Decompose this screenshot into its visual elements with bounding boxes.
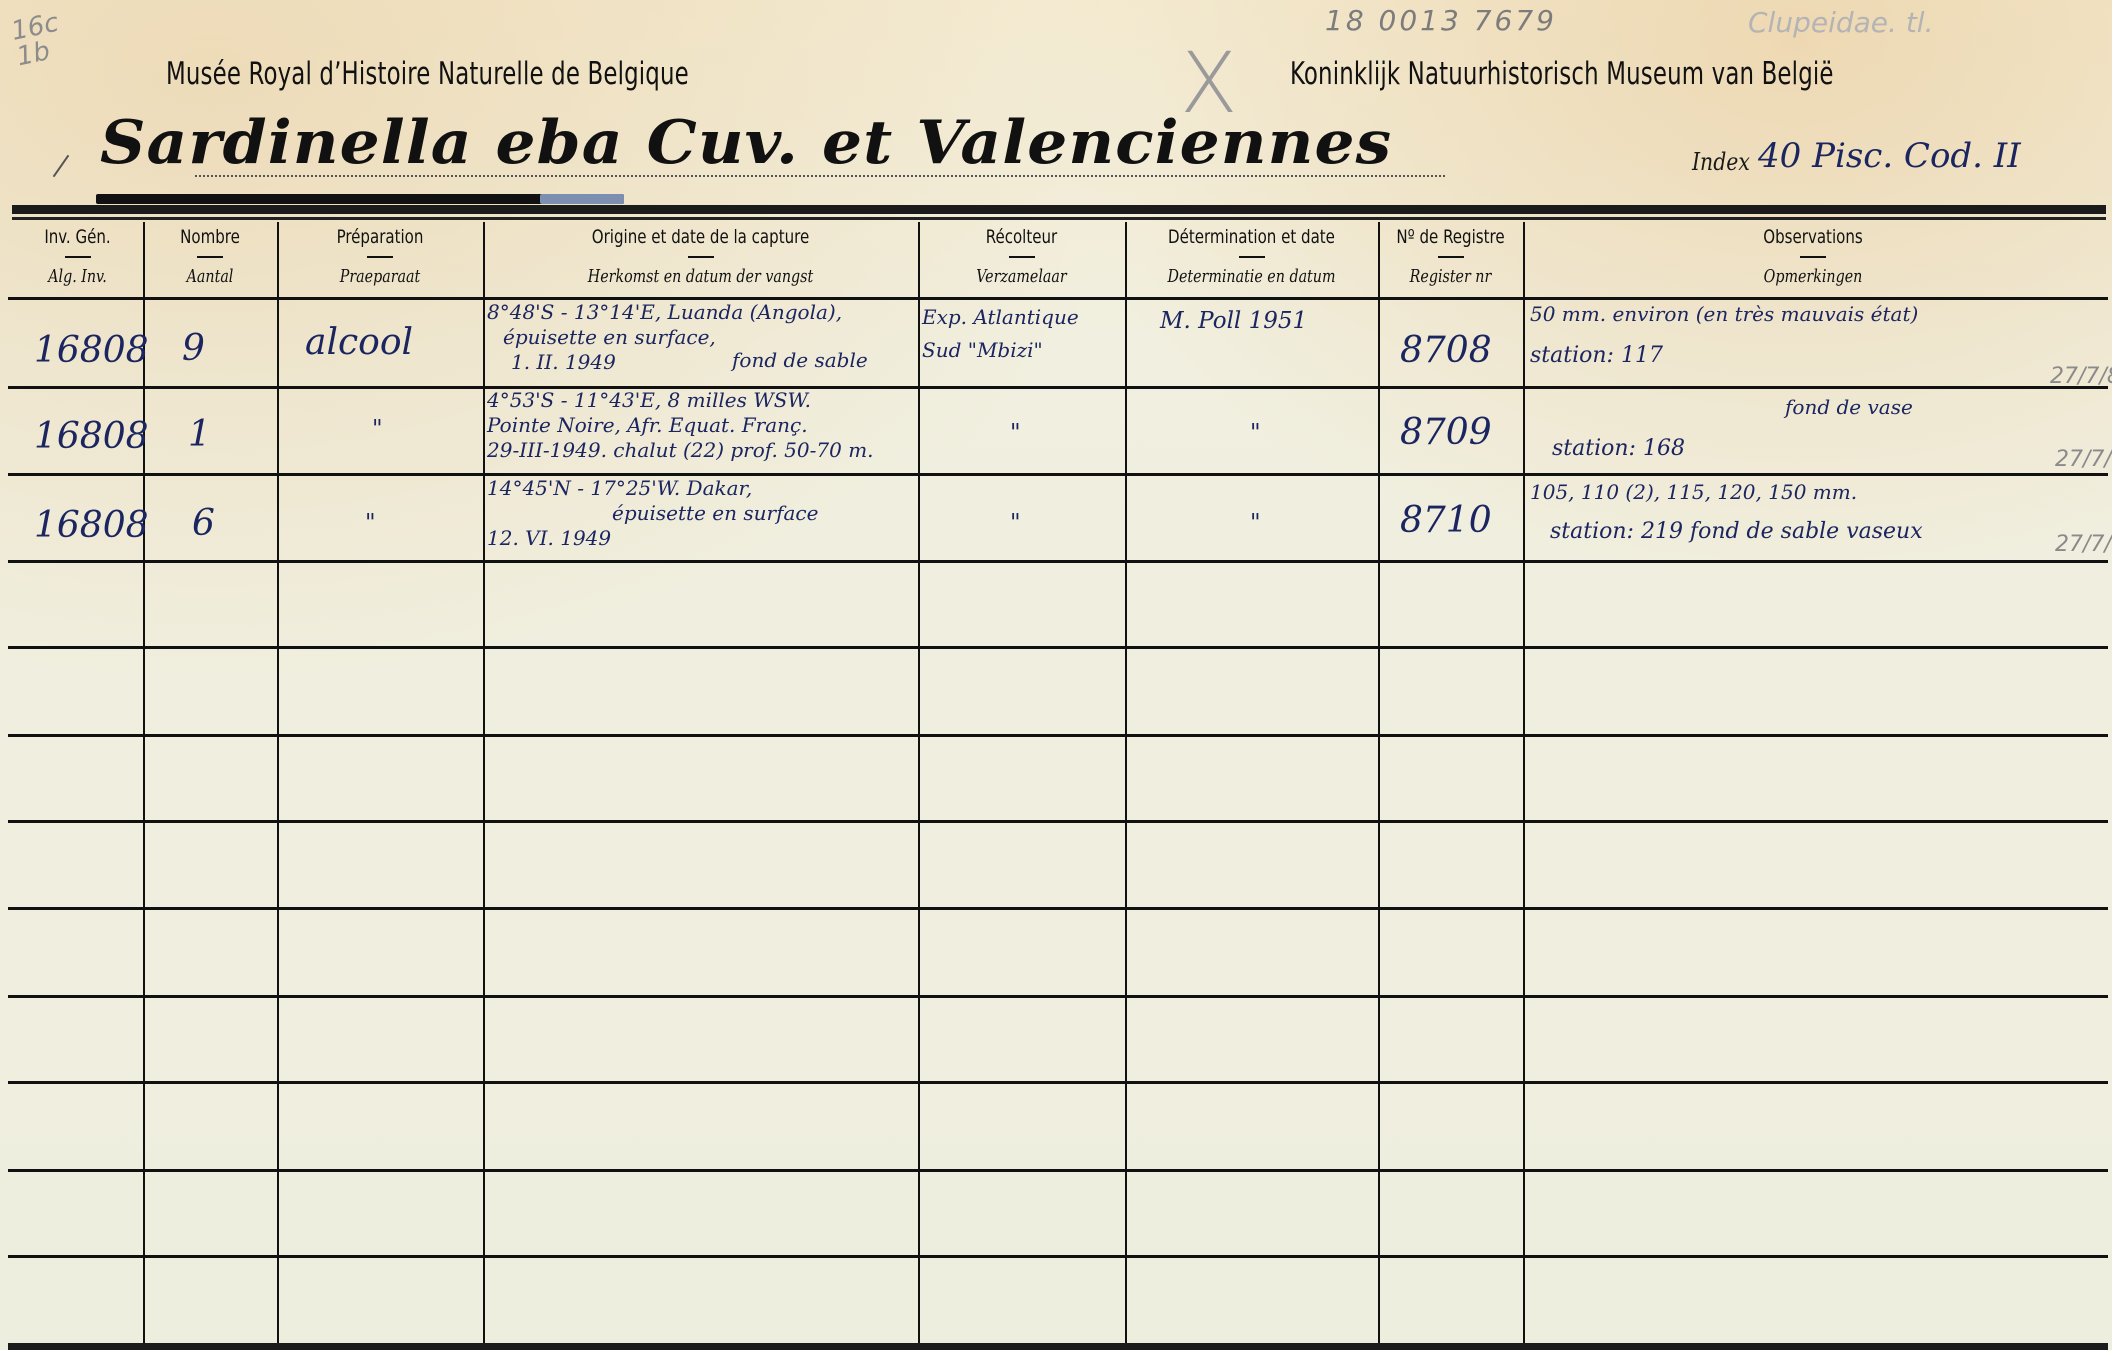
origin-line: 1. II. 1949: [487, 350, 616, 375]
determination: ": [1250, 510, 1261, 536]
register-number: 8710: [1400, 500, 1492, 541]
column-header-nl: Register nr: [1387, 266, 1515, 287]
column-header-fr: Récolteur: [930, 226, 1112, 248]
row-divider: [8, 995, 2108, 998]
pencil-date: 27/7/82: [2050, 364, 2112, 389]
collector-line: Sud "Mbizi": [922, 338, 1122, 363]
header-dash: [367, 256, 393, 258]
row-divider: [8, 646, 2108, 649]
origin: 4°53'S - 11°43'E, 8 milles WSW. Pointe N…: [487, 388, 917, 463]
column-header-nl: Herkomst en datum der vangst: [509, 266, 892, 287]
collector: ": [1010, 510, 1021, 536]
origin-line: 14°45'N - 17°25'W. Dakar,: [487, 476, 917, 501]
observation-line: 105, 110 (2), 115, 120, 150 mm.: [1530, 480, 2100, 505]
inv-number: 16808: [34, 330, 149, 371]
column-header-nl: Determinatie en datum: [1140, 266, 1363, 287]
inv-number: 16808: [34, 416, 149, 457]
table-bottom-rule: [8, 1343, 2108, 1350]
column-header-count: Nombre Aantal: [143, 226, 277, 287]
title-dotted-line: [195, 175, 1445, 177]
collector-line: Exp. Atlantique: [922, 305, 1122, 330]
title-underline-blue: [540, 194, 624, 204]
determination: M. Poll 1951: [1160, 308, 1307, 334]
column-header-fr: Préparation: [289, 226, 470, 248]
column-divider: [143, 222, 145, 1344]
collector: Exp. Atlantique Sud "Mbizi": [922, 305, 1122, 363]
observations: fond de vase station: 168 27/7/82: [1530, 395, 2100, 461]
museum-name-dutch: Koninklijk Natuurhistorisch Museum van B…: [1290, 56, 1834, 92]
origin-note: fond de sable: [732, 348, 868, 373]
header-bottom-rule: [8, 297, 2108, 300]
corner-pencil-note: Clupeidae. tl.: [1748, 6, 1933, 39]
column-header-nl: Aantal: [151, 266, 269, 287]
preparation: ": [372, 416, 383, 442]
column-divider: [277, 222, 279, 1344]
column-divider: [1125, 222, 1127, 1344]
origin: 8°48'S - 13°14'E, Luanda (Angola), épuis…: [487, 300, 917, 375]
register-number: 8709: [1400, 412, 1492, 453]
column-header-collector: Récolteur Verzamelaar: [918, 226, 1125, 287]
column-header-register: Nº de Registre Register nr: [1378, 226, 1523, 287]
column-header-nl: Praeparaat: [289, 266, 470, 287]
row-divider: [8, 820, 2108, 823]
origin-line: 8°48'S - 13°14'E, Luanda (Angola),: [487, 300, 917, 325]
specimen-count: 9: [182, 328, 205, 369]
collector: ": [1010, 420, 1021, 446]
museum-name-french: Musée Royal d’Histoire Naturelle de Belg…: [166, 56, 689, 92]
header-dash: [1239, 256, 1265, 258]
title-pencil-slash: [53, 155, 70, 177]
column-divider: [1378, 222, 1380, 1344]
origin-line: 4°53'S - 11°43'E, 8 milles WSW.: [487, 388, 917, 413]
observation-line: station: 168: [1530, 436, 2100, 461]
observation-line: fond de vase: [1530, 395, 2100, 420]
row-divider: [8, 1255, 2108, 1258]
header-dash: [1438, 256, 1464, 258]
column-header-inv: Inv. Gén. Alg. Inv.: [12, 226, 143, 287]
column-divider: [918, 222, 920, 1344]
column-header-observations: Observations Opmerkingen: [1523, 226, 2103, 287]
row-divider: [8, 1169, 2108, 1172]
origin-line: 29-III-1949. chalut (22) prof. 50-70 m.: [487, 438, 917, 463]
margin-pencil-note: 16c 1b: [9, 10, 66, 71]
column-header-nl: Opmerkingen: [1558, 266, 2068, 287]
row-divider: [8, 734, 2108, 737]
observation-line: station: 117: [1530, 343, 2100, 368]
observations: 50 mm. environ (en très mauvais état) st…: [1530, 302, 2100, 368]
origin-line: 12. VI. 1949: [487, 526, 917, 551]
species-title: Sardinella eba Cuv. et Valenciennes: [100, 108, 1392, 178]
column-header-fr: Nombre: [151, 226, 269, 248]
column-divider: [1523, 222, 1525, 1344]
header-dash: [1009, 256, 1035, 258]
row-divider: [8, 907, 2108, 910]
determination: ": [1250, 420, 1261, 446]
preparation: alcool: [305, 322, 413, 363]
row-divider: [8, 473, 2108, 476]
specimen-count: 1: [188, 414, 211, 455]
catalog-number: 18 0013 7679: [1325, 4, 1557, 37]
observations: 105, 110 (2), 115, 120, 150 mm. station:…: [1530, 480, 2100, 544]
row-divider: [8, 560, 2108, 563]
column-header-fr: Nº de Registre: [1387, 226, 1515, 248]
origin: 14°45'N - 17°25'W. Dakar, épuisette en s…: [487, 476, 917, 551]
origin-line: Pointe Noire, Afr. Equat. Franç.: [487, 413, 917, 438]
row-divider: [8, 1081, 2108, 1084]
observation-line: station: 219 fond de sable vaseux: [1530, 519, 2100, 544]
observation-line: 50 mm. environ (en très mauvais état): [1530, 302, 2100, 327]
header-dash: [1800, 256, 1826, 258]
pencil-date: 27/7/82: [2055, 532, 2112, 557]
index-label: Index: [1692, 148, 1750, 176]
column-header-nl: Alg. Inv.: [20, 266, 135, 287]
row-divider: [8, 386, 2108, 389]
table-top-rule: [12, 205, 2106, 214]
origin-line: épuisette en surface,: [487, 325, 917, 350]
inv-number: 16808: [34, 505, 149, 546]
preparation: ": [365, 510, 376, 536]
pencil-date: 27/7/82: [2055, 447, 2112, 472]
header-dash: [688, 256, 714, 258]
specimen-count: 6: [192, 503, 215, 544]
column-header-fr: Détermination et date: [1140, 226, 1363, 248]
column-header-preparation: Préparation Praeparaat: [277, 226, 483, 287]
column-header-fr: Origine et date de la capture: [509, 226, 892, 248]
table-top-rule-thin: [12, 217, 2106, 220]
header-dash: [197, 256, 223, 258]
index-value: 40 Pisc. Cod. II: [1758, 136, 2021, 176]
origin-line: épuisette en surface: [487, 501, 917, 526]
header-dash: [65, 256, 91, 258]
column-header-origin: Origine et date de la capture Herkomst e…: [483, 226, 918, 287]
column-header-fr: Observations: [1558, 226, 2068, 248]
register-number: 8708: [1400, 330, 1492, 371]
column-divider: [483, 222, 485, 1344]
column-header-nl: Verzamelaar: [930, 266, 1112, 287]
column-header-determination: Détermination et date Determinatie en da…: [1125, 226, 1378, 287]
column-header-fr: Inv. Gén.: [20, 226, 135, 248]
